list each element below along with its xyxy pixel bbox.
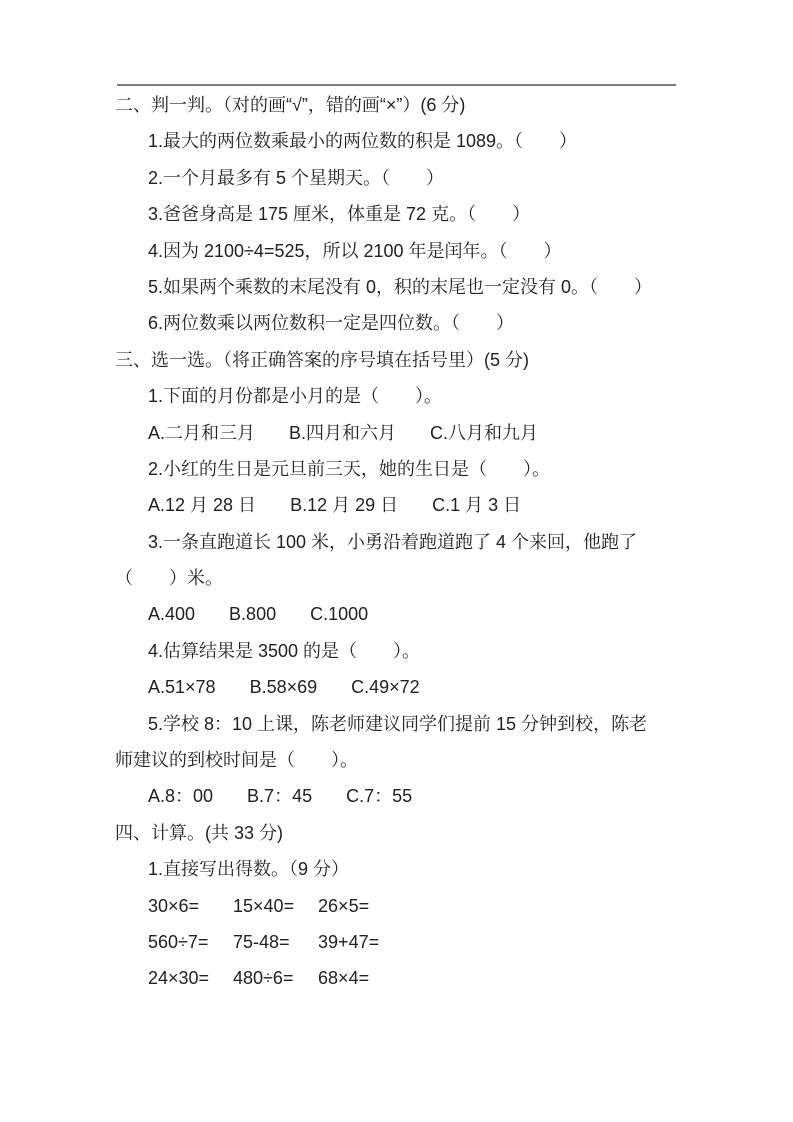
calc-row-1: 30×6= 15×40= 26×5=: [115, 888, 705, 924]
choice-section-heading: 三、选一选。（将正确答案的序号填在括号里）(5 分): [115, 342, 705, 378]
calc-expr-1-1: 30×6=: [148, 888, 228, 924]
judge-item-6: 6.两位数乘以两位数积一定是四位数。（ ）: [115, 305, 705, 341]
judge-item-4: 4.因为 2100÷4=525，所以 2100 年是闰年。（ ）: [115, 233, 705, 269]
choice-q2-option-b: B.12 月 29 日: [290, 487, 398, 523]
choice-q4-option-a: A.51×78: [148, 669, 216, 705]
calc-expr-3-2: 480÷6=: [233, 960, 313, 996]
choice-q1-option-a: A.二月和三月: [148, 415, 255, 451]
choice-q4-option-c: C.49×72: [351, 669, 420, 705]
header-divider-line: [117, 84, 676, 86]
calc-subtitle: 1.直接写出得数。（9 分）: [115, 851, 705, 887]
calc-expr-3-3: 68×4=: [318, 960, 398, 996]
choice-q3-text-line1: 3.一条直跑道长 100 米，小勇沿着跑道跑了 4 个来回，他跑了: [115, 524, 705, 560]
judge-item-5: 5.如果两个乘数的末尾没有 0，积的末尾也一定没有 0。（ ）: [115, 269, 705, 305]
choice-q3-option-a: A.400: [148, 596, 195, 632]
choice-q5-option-a: A.8：00: [148, 778, 213, 814]
choice-q4-option-b: B.58×69: [250, 669, 318, 705]
choice-q2-text: 2.小红的生日是元旦前三天，她的生日是（ ）。: [115, 451, 705, 487]
judge-item-2: 2.一个月最多有 5 个星期天。（ ）: [115, 160, 705, 196]
calc-expr-1-2: 15×40=: [233, 888, 313, 924]
choice-q3-text-line2: （ ）米。: [115, 560, 705, 596]
paper-content: 二、判一判。（对的画“√”，错的画“×”）(6 分) 1.最大的两位数乘最小的两…: [115, 87, 705, 997]
choice-q1-option-b: B.四月和六月: [289, 415, 396, 451]
test-paper-page: 二、判一判。（对的画“√”，错的画“×”）(6 分) 1.最大的两位数乘最小的两…: [0, 0, 793, 1122]
choice-q4-options: A.51×78B.58×69C.49×72: [115, 669, 705, 705]
calc-expr-2-3: 39+47=: [318, 924, 398, 960]
calc-expr-3-1: 24×30=: [148, 960, 228, 996]
choice-q5-option-b: B.7：45: [247, 778, 312, 814]
choice-q2-option-c: C.1 月 3 日: [432, 487, 521, 523]
judge-item-1: 1.最大的两位数乘最小的两位数的积是 1089。（ ）: [115, 123, 705, 159]
judge-item-3: 3.爸爸身高是 175 厘米，体重是 72 克。（ ）: [115, 196, 705, 232]
calc-row-2: 560÷7= 75-48= 39+47=: [115, 924, 705, 960]
choice-q5-options: A.8：00B.7：45C.7：55: [115, 778, 705, 814]
judge-section-heading: 二、判一判。（对的画“√”，错的画“×”）(6 分): [115, 87, 705, 123]
calc-expr-1-3: 26×5=: [318, 888, 398, 924]
calc-expr-2-2: 75-48=: [233, 924, 313, 960]
choice-q3-option-b: B.800: [229, 596, 276, 632]
choice-q5-text-line1: 5.学校 8：10 上课，陈老师建议同学们提前 15 分钟到校，陈老: [115, 706, 705, 742]
choice-q2-options: A.12 月 28 日B.12 月 29 日C.1 月 3 日: [115, 487, 705, 523]
choice-q1-option-c: C.八月和九月: [430, 415, 538, 451]
choice-q5-text-line2: 师建议的到校时间是（ ）。: [115, 742, 705, 778]
choice-q5-option-c: C.7：55: [346, 778, 412, 814]
calc-row-3: 24×30= 480÷6= 68×4=: [115, 960, 705, 996]
choice-q1-text: 1.下面的月份都是小月的是（ ）。: [115, 378, 705, 414]
choice-q1-options: A.二月和三月B.四月和六月C.八月和九月: [115, 415, 705, 451]
calc-expr-2-1: 560÷7=: [148, 924, 228, 960]
choice-q2-option-a: A.12 月 28 日: [148, 487, 256, 523]
choice-q4-text: 4.估算结果是 3500 的是（ ）。: [115, 633, 705, 669]
choice-q3-option-c: C.1000: [310, 596, 368, 632]
choice-q3-options: A.400B.800C.1000: [115, 596, 705, 632]
calc-section-heading: 四、计算。(共 33 分): [115, 815, 705, 851]
